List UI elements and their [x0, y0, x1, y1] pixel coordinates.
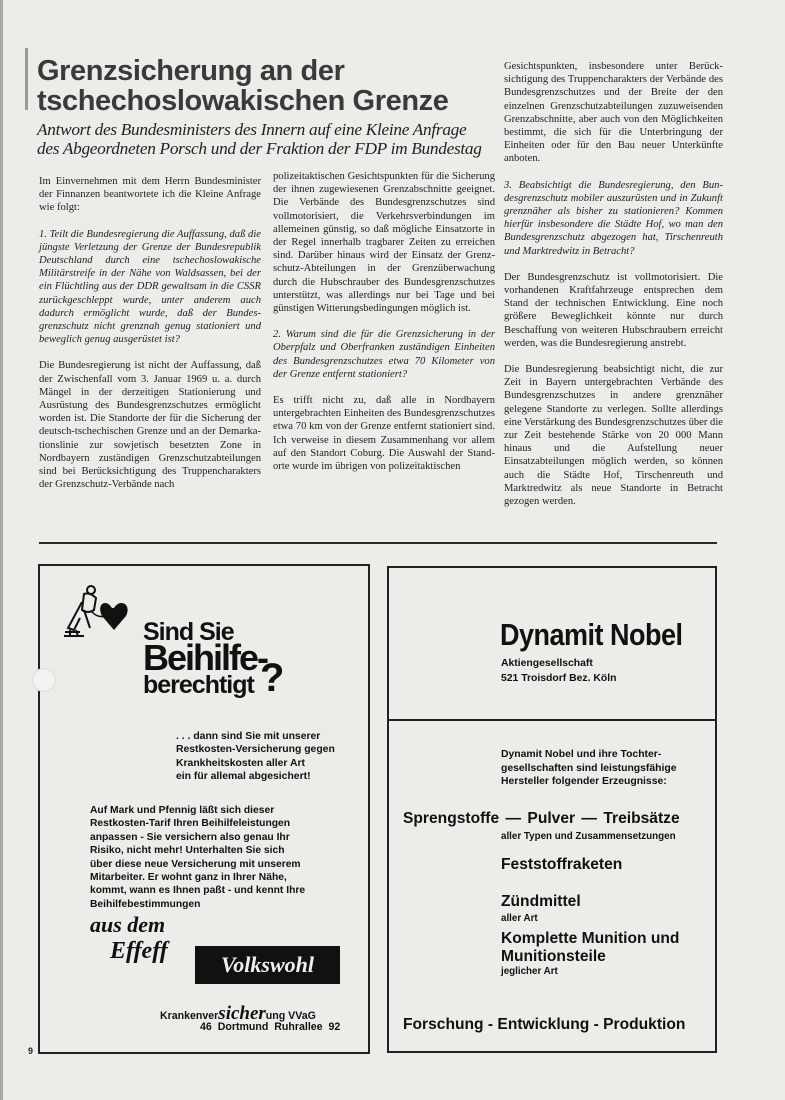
tagline-line: Krankheitskosten aller Art: [176, 757, 366, 770]
dynamit-nobel-header-panel: Dynamit Nobel Aktiengesellschaft 521 Tro…: [389, 568, 715, 721]
ad-footer-slogan: Forschung - Entwicklung - Produktion: [403, 1016, 685, 1034]
magazine-page: Grenzsicherung an der tschechoslowakisch…: [0, 0, 785, 1100]
answer-3-part-2: Die Bundesregierung beabsichtigt nicht, …: [504, 363, 723, 508]
ad-headline-berechtigt: berechtigt: [143, 671, 254, 700]
tagline-line: Restkosten-Versicherung gegen: [176, 743, 366, 756]
dynamit-nobel-logo: Dynamit Nobel: [500, 618, 683, 653]
subhead-line-1: Antwort des Bundesministers des Innern a…: [37, 120, 466, 139]
article-column-1: Im Einvernehmen mit dem Herrn Bundes­min…: [39, 175, 261, 504]
product-explosives: Sprengstoffe — Pulver — Treibsätze: [403, 810, 680, 828]
headline-line-1: Grenzsicherung an der: [37, 55, 344, 87]
section-divider: [39, 542, 717, 544]
volkswohl-advertisement: Sind Sie Beihilfe- berechtigt ? . . . da…: [38, 564, 370, 1054]
product-solid-rockets: Feststoffraketen: [501, 856, 622, 874]
ad-headline-question-mark: ?: [260, 656, 284, 701]
body-line: über diese neue Versicherung mit unserem: [90, 858, 370, 871]
answer-3-part-1: Der Bundesgrenzschutz ist vollmotorisier…: [504, 271, 723, 350]
body-line: Beihilfebestimmungen: [90, 898, 370, 911]
ad-tagline: . . . dann sind Sie mit unserer Restkost…: [176, 730, 366, 784]
article-headline: Grenzsicherung an der tschechoslowakisch…: [37, 56, 507, 116]
intro-line: Hersteller folgender Erzeugnisse:: [501, 775, 711, 789]
intro-line: gesellschaften sind leistungsfähige: [501, 762, 711, 776]
punch-hole: [32, 668, 56, 692]
company-address: 46 Dortmund Ruhrallee 92: [200, 1021, 340, 1033]
product-igniters-note: aller Art: [501, 913, 538, 924]
tagline-line: ein für allemal abgesichert!: [176, 770, 366, 783]
binding-mark: [25, 48, 28, 110]
body-line: Risiko, nicht mehr! Unterhalten Sie sich: [90, 844, 370, 857]
answer-1: Die Bundesregierung ist nicht der Auffas…: [39, 359, 261, 491]
headline-line-2: tschechoslowakischen Grenze: [37, 85, 448, 117]
answer-2: Es trifft nicht zu, daß alle in Nordbaye…: [273, 394, 495, 473]
product-igniters: Zündmittel: [501, 893, 581, 911]
doctor-stethoscope-heart-icon: [60, 584, 132, 642]
body-line: Restkosten-Tarif Ihren Beihilfeleistunge…: [90, 817, 370, 830]
company-type: Aktiengesellschaft: [501, 658, 593, 669]
article-column-3: Gesichtspunkten, insbesondere unter Berü…: [504, 60, 723, 521]
question-1: 1. Teilt die Bundesregierung die Auffass…: [39, 228, 261, 347]
article-column-2: polizeitaktischen Gesichtspunkten für di…: [273, 170, 495, 486]
tagline-line: . . . dann sind Sie mit unserer: [176, 730, 366, 743]
body-line: Mitarbeiter. Er wohnt ganz in Ihrer Nähe…: [90, 871, 370, 884]
subhead-line-2: des Abgeordneten Porsch und der Fraktion…: [37, 139, 482, 158]
ad-body-copy: Auf Mark und Pfennig läßt sich dieser Re…: [90, 804, 370, 911]
intro-line: Dynamit Nobel und ihre Tochter-: [501, 748, 711, 762]
product-ammunition: Komplette Munition und Munitionsteile: [501, 930, 711, 966]
answer-2-continued: Gesichtspunkten, insbesondere unter Berü…: [504, 60, 723, 166]
body-line: anpassen - Sie versichern also genau Ihr: [90, 831, 370, 844]
script-aus-dem: aus dem: [90, 914, 165, 936]
product-ammunition-note: jeglicher Art: [501, 966, 558, 977]
company-address: 521 Troisdorf Bez. Köln: [501, 673, 616, 684]
volkswohl-logo-text: Volkswohl: [221, 952, 314, 978]
article-subhead: Antwort des Bundesministers des Innern a…: [37, 120, 507, 158]
page-number: 9: [28, 1046, 33, 1056]
paragraph-intro: Im Einvernehmen mit dem Herrn Bundes­min…: [39, 175, 261, 215]
question-2: 2. Warum sind die für die Grenzsicherung…: [273, 328, 495, 381]
product-explosives-note: aller Typen und Zusammensetzungen: [501, 831, 676, 842]
ad-intro: Dynamit Nobel und ihre Tochter- gesellsc…: [501, 748, 711, 789]
body-line: Auf Mark und Pfennig läßt sich dieser: [90, 804, 370, 817]
script-effeff: Effeff: [110, 938, 168, 965]
answer-1-continued: polizeitaktischen Gesichtspunkten für di…: [273, 170, 495, 315]
dynamit-nobel-advertisement: Dynamit Nobel Aktiengesellschaft 521 Tro…: [387, 566, 717, 1053]
question-3: 3. Beabsichtigt die Bundesregierung, den…: [504, 179, 723, 258]
volkswohl-logo: Volkswohl: [195, 946, 340, 984]
body-line: kommt, wann es Ihnen paßt - und kennt Ih…: [90, 884, 370, 897]
